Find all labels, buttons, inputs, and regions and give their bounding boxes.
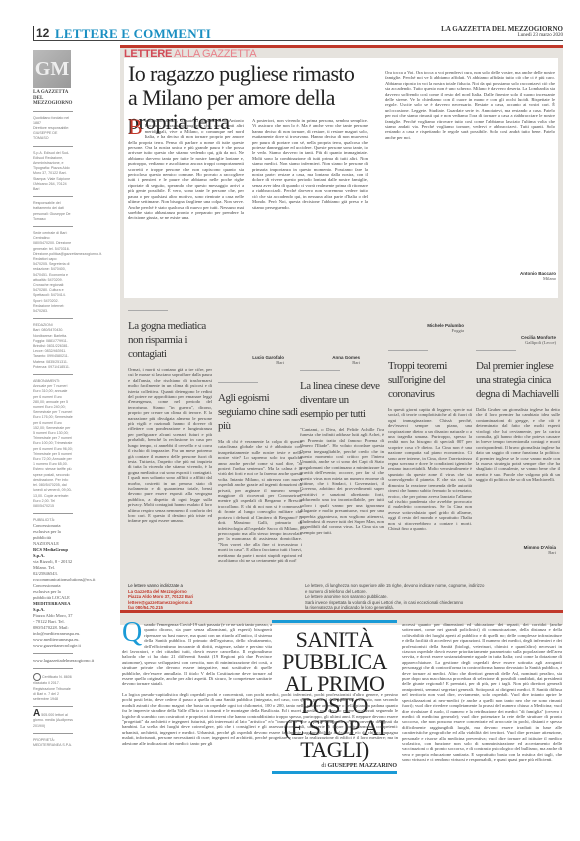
letter-5: Dal premier inglese una strategia cinica…: [476, 350, 560, 527]
national-concession: Concessionaria esclusiva per la pubblici…: [33, 523, 73, 547]
letter-2-signature: Anna GomesBari: [300, 355, 360, 365]
letters-info-box: Le lettere vanno indirizzate a La Gazzet…: [120, 580, 563, 610]
letter-2: Agli egoismi seguiamo chine sadi più Ma …: [218, 382, 302, 599]
certification-seal-icon: [33, 673, 41, 681]
issue-date: Lunedì 23 marzo 2020: [441, 33, 563, 38]
letter-3: La linea cinese deve diventare un esempi…: [300, 370, 384, 577]
lead-signature: Antonio BaccaroMilano: [500, 271, 556, 281]
letter-3-signature: Michele PalumboFoggia: [380, 323, 464, 333]
logo-name: LA GAZZETTA DEL MEZZOGIORNO: [33, 90, 73, 107]
letter-1: La gogna mediatica non risparmia i conta…: [128, 310, 212, 599]
opinion-body: La logica pseudo-capitalistica degli osp…: [122, 692, 398, 812]
opinion-lead: Quando l'emergenza Covid-19 sarà passata…: [122, 622, 272, 690]
letters-rules: Le lettere, di lunghezza non superiore a…: [305, 583, 555, 611]
readership: A 505.000 lettori al giorno. media (Audi…: [33, 711, 73, 729]
page-number: 12: [33, 26, 49, 40]
blue-rule-top: [272, 620, 397, 623]
privacy: Responsabile del trattamento dei dati pe…: [33, 201, 73, 222]
website-link[interactable]: www.lagazzettadelmezzogiorno.it: [33, 658, 73, 664]
offices: Sede centrale di Bari: Centralino: 080/5…: [33, 231, 73, 314]
letter-title: La gogna mediatica non risparmia i conta…: [128, 319, 212, 361]
mediterranea: MEDITERRANEA S.p.A.: [33, 601, 73, 613]
letter-body: In questi giorni capita di leggere, spec…: [388, 407, 472, 592]
opinion-headline-1: SANITÀ PUBBLICA: [272, 629, 397, 673]
redazioni: Bari: 080/5470430. Nordbarese: Barletta.…: [33, 328, 73, 370]
section-title: LETTERE E COMMENTI: [55, 26, 211, 42]
letter-body: Ormai, i morti si contano già a tre cifr…: [128, 367, 212, 599]
letter-title: La linea cinese deve diventare un esempi…: [300, 379, 384, 421]
letter-4: Troppi teoremi sull'origine del coronavi…: [388, 350, 472, 592]
letter-body: Dalla Gruber un giornalista inglese ha d…: [476, 407, 560, 527]
gm-logo-icon: GM: [33, 50, 71, 88]
dropcap-q: Q: [122, 622, 142, 644]
rcs-address: via Rizzoli, 8 - 20132 Milano. Tel. 02/2…: [33, 559, 73, 583]
letter-5-signature: Mimmo D'AloiaBari: [476, 545, 556, 555]
abbonamenti: ABBONAMENTI: Annuale per 7 numeri Euro 3…: [33, 379, 73, 509]
opinion-right-col: accessi quanto per dimensioni ed ubicazi…: [402, 622, 562, 817]
paper-name: LA GAZZETTA DEL MEZZOGIORNO: [441, 25, 563, 33]
owner: PROPRIETÀ: MEDITERRANEA S.P.A.: [33, 738, 73, 748]
dropcap: B: [128, 118, 143, 136]
letter-body: Ma di chi è veramente la colpa di questo…: [218, 439, 302, 599]
colophon-sidebar: GM LA GAZZETTA DEL MEZZOGIORNO Quotidian…: [33, 50, 73, 748]
director: GIUSEPPE DE TOMASO: [33, 131, 73, 141]
address-block: Le lettere vanno indirizzate a La Gazzet…: [128, 583, 278, 611]
letter-4-signature: Cecilia MonforteGallipoli (Lecce): [476, 335, 556, 345]
page-header: 12 LETTERE E COMMENTI LA GAZZETTA DEL ME…: [33, 26, 563, 41]
local-concession: Concessionaria esclusiva per la pubblici…: [33, 583, 73, 601]
mediterranea-address: Piazza Aldo Moro, 37 - 70122 Bari. Tel. …: [33, 613, 73, 649]
rcs: RCS MediaGroup S.p.A.: [33, 547, 73, 559]
letter-title: Agli egoismi seguiamo chine sadi più: [218, 391, 302, 433]
masthead: LA GAZZETTA DEL MEZZOGIORNO Lunedì 23 ma…: [441, 25, 563, 38]
lead-col-3: Ora tocca a Voi. Ora tocca a voi prender…: [385, 70, 555, 270]
lead-col-2: A posteriori, non vivendo in prima perso…: [252, 118, 368, 296]
letter-body: "Cantami, o Diva, del Pelide Achille l'i…: [300, 427, 384, 577]
letter-1-signature: Lucio GarofaloBari: [218, 355, 284, 365]
letter-title: Dal premier inglese una strategia cinica…: [476, 359, 560, 401]
founded: Quotidiano fondato nel 1887: [33, 116, 73, 126]
certificate: Certificato N. 8606 rilasciato il 2017. …: [33, 673, 73, 702]
publisher: S.p.A. Edisud del Sud-Edisud Redazione, …: [33, 151, 73, 193]
letter-title: Troppi teoremi sull'origine del coronavi…: [388, 359, 472, 401]
red-rule-bottom: [120, 610, 563, 613]
lead-col-1: Buongiorno a tutti, scusate il disturbo.…: [128, 118, 244, 296]
